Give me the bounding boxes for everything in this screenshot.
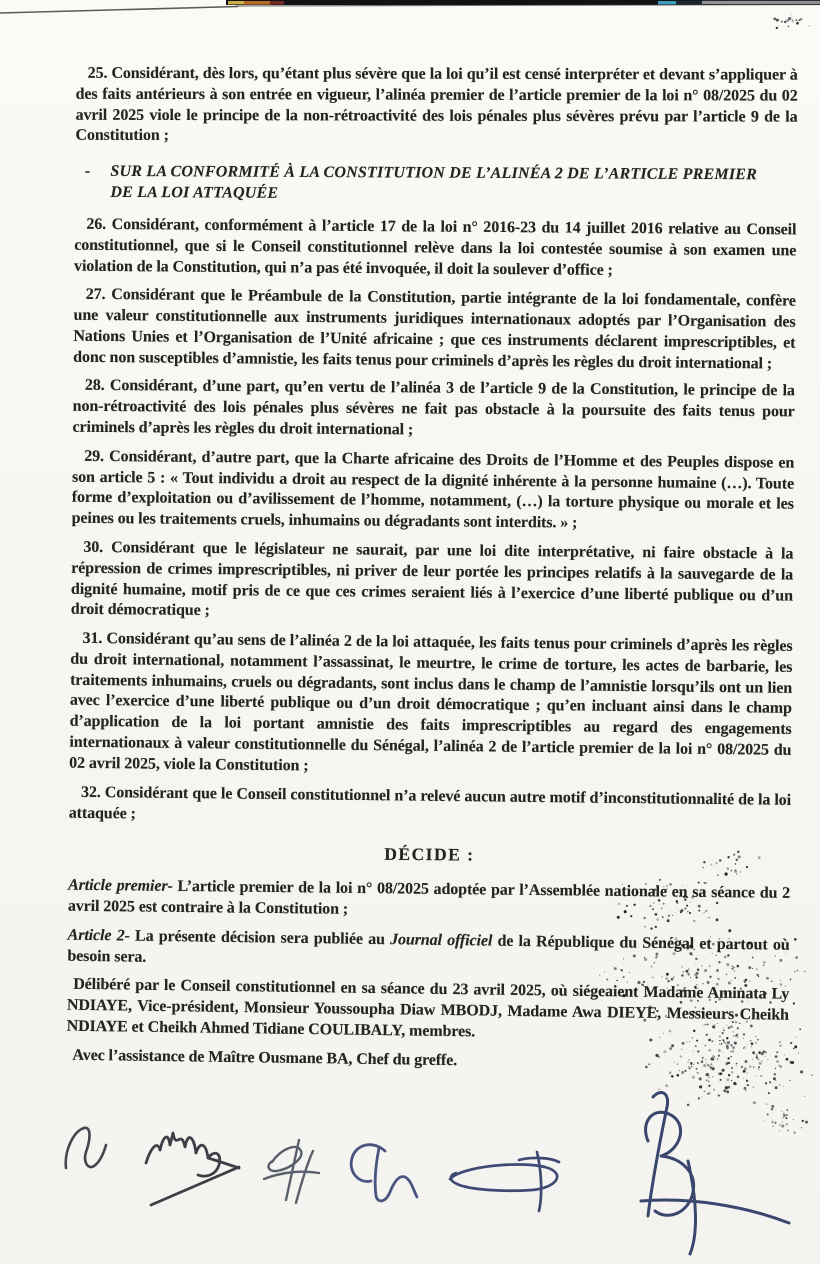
paragraph-number: 31.	[82, 630, 102, 647]
signature-5	[450, 1152, 559, 1211]
document-body: 25. Considérant, dès lors, qu’étant plus…	[66, 64, 798, 1073]
decide-heading: DÉCIDE :	[68, 841, 790, 869]
heading-bullet-dash: -	[85, 162, 91, 204]
paragraph-text: Considérant, d’autre part, que la Charte…	[72, 448, 795, 532]
paragraph-28: 28. Considérant, d’une part, qu’en vertu…	[72, 376, 794, 444]
paragraph-27: 27. Considérant que le Préambule de la C…	[73, 285, 796, 375]
paragraph-number: 29.	[84, 448, 104, 465]
paragraph-text: Considérant, conformément à l’article 17…	[74, 216, 796, 279]
paragraph-number: 26.	[86, 216, 106, 233]
paragraph-text: Considérant qu’au sens de l’alinéa 2 de …	[69, 630, 793, 774]
scanned-document-page: 25. Considérant, dès lors, qu’étant plus…	[0, 0, 820, 1264]
article-2: Article 2- La présente décision sera pub…	[67, 925, 790, 977]
article-premier: Article premier- L’article premier de la…	[68, 876, 790, 926]
paragraph-text: Considérant que le législateur ne saurai…	[71, 539, 794, 619]
paragraph-number: 25.	[88, 65, 108, 82]
signature-6	[641, 1092, 789, 1254]
signature-1	[66, 1128, 106, 1168]
article-text-before: La présente décision sera publiée au	[130, 927, 391, 948]
paragraph-number: 30.	[83, 539, 103, 556]
paragraph-31: 31. Considérant qu’au sens de l’alinéa 2…	[69, 629, 793, 783]
scan-edge-artifact	[0, 0, 820, 24]
heading-text: SUR LA CONFORMITÉ À LA CONSTITUTION DE L…	[110, 162, 758, 207]
article-text: L’article premier de la loi n° 08/2025 a…	[68, 878, 790, 918]
paragraph-29: 29. Considérant, d’autre part, que la Ch…	[72, 446, 795, 536]
paragraph-text: Considérant que le Préambule de la Const…	[73, 286, 796, 372]
paragraph-30: 30. Considérant que le législateur ne sa…	[71, 538, 794, 628]
deliberation-paragraph: Délibéré par le Conseil constitutionnel …	[67, 975, 790, 1047]
paragraph-number: 28.	[85, 377, 105, 394]
section-heading: - SUR LA CONFORMITÉ À LA CONSTITUTION DE…	[75, 162, 797, 207]
signature-3	[264, 1140, 319, 1203]
paragraph-25: 25. Considérant, dès lors, qu’étant plus…	[75, 64, 797, 149]
paragraph-32: 32. Considérant que le Conseil constitut…	[69, 782, 791, 832]
article-lead: Article premier-	[68, 877, 173, 895]
paragraph-number: 27.	[86, 286, 106, 303]
paragraph-number: 32.	[81, 784, 101, 801]
signature-4	[351, 1145, 417, 1201]
paragraph-text: Considérant, d’une part, qu’en vertu de …	[72, 377, 794, 438]
paragraph-26: 26. Considérant, conformément à l’articl…	[74, 214, 796, 282]
journal-officiel-italic: Journal officiel	[390, 931, 492, 949]
article-lead: Article 2-	[68, 926, 130, 944]
greffe-note: Avec l’assistance de Maître Ousmane BA, …	[66, 1045, 788, 1076]
signature-2	[146, 1133, 239, 1205]
paragraph-text: Considérant, dès lors, qu’étant plus sév…	[76, 65, 798, 145]
paragraph-text: Considérant que le Conseil constitutionn…	[69, 784, 791, 822]
